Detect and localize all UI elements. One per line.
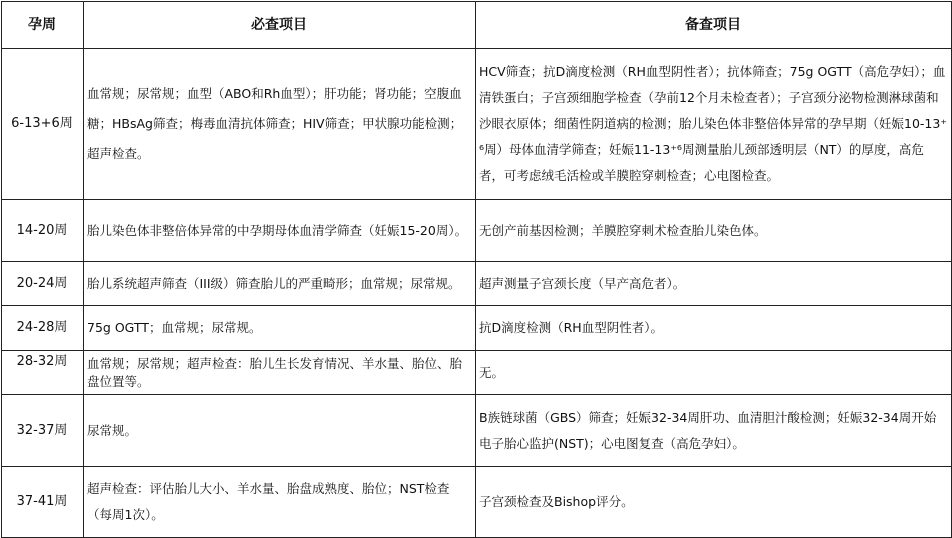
header-optional: 备查项目 [476,2,952,49]
optional-cell: B族链球菌（GBS）筛查；妊娠32-34周肝功、血清胆汁酸检测；妊娠32-34周… [476,395,952,467]
required-cell: 血常规；尿常规；血型（ABO和Rh血型）；肝功能；肾功能；空腹血糖；HBsAg筛… [84,49,476,200]
required-cell: 胎儿染色体非整倍体异常的中孕期母体血清学筛查（妊娠15-20周）。 [84,200,476,262]
table-row: 6-13+6周 血常规；尿常规；血型（ABO和Rh血型）；肝功能；肾功能；空腹血… [2,49,952,200]
optional-cell: 无。 [476,351,952,395]
table-row: 32-37周 尿常规。 B族链球菌（GBS）筛查；妊娠32-34周肝功、血清胆汁… [2,395,952,467]
header-required: 必查项目 [84,2,476,49]
optional-cell: 超声测量子宫颈长度（早产高危者）。 [476,262,952,306]
optional-cell: 抗D滴度检测（RH血型阴性者）。 [476,306,952,351]
required-cell: 血常规；尿常规；超声检查：胎儿生长发育情况、羊水量、胎位、胎盘位置等。 [84,351,476,395]
optional-cell: HCV筛查；抗D滴度检测（RH血型阴性者）；抗体筛查；75g OGTT（高危孕妇… [476,49,952,200]
optional-cell: 无创产前基因检测；羊膜腔穿刺术检查胎儿染色体。 [476,200,952,262]
week-cell: 28-32周 [2,351,84,395]
header-row: 孕周 必查项目 备查项目 [2,2,952,49]
table-row: 14-20周 胎儿染色体非整倍体异常的中孕期母体血清学筛查（妊娠15-20周）。… [2,200,952,262]
optional-cell: 子宫颈检查及Bishop评分。 [476,467,952,538]
table-row: 24-28周 75g OGTT；血常规；尿常规。 抗D滴度检测（RH血型阴性者）… [2,306,952,351]
table-row: 37-41周 超声检查：评估胎儿大小、羊水量、胎盘成熟度、胎位；NST检查（每周… [2,467,952,538]
week-cell: 20-24周 [2,262,84,306]
week-cell: 37-41周 [2,467,84,538]
prenatal-checkup-table: 孕周 必查项目 备查项目 6-13+6周 血常规；尿常规；血型（ABO和Rh血型… [1,1,952,538]
table-row: 20-24周 胎儿系统超声筛查（III级）筛查胎儿的严重畸形；血常规；尿常规。 … [2,262,952,306]
required-cell: 尿常规。 [84,395,476,467]
week-cell: 6-13+6周 [2,49,84,200]
table-row: 28-32周 血常规；尿常规；超声检查：胎儿生长发育情况、羊水量、胎位、胎盘位置… [2,351,952,395]
required-cell: 胎儿系统超声筛查（III级）筛查胎儿的严重畸形；血常规；尿常规。 [84,262,476,306]
week-cell: 14-20周 [2,200,84,262]
header-week: 孕周 [2,2,84,49]
week-cell: 32-37周 [2,395,84,467]
required-cell: 超声检查：评估胎儿大小、羊水量、胎盘成熟度、胎位；NST检查（每周1次）。 [84,467,476,538]
week-cell: 24-28周 [2,306,84,351]
required-cell: 75g OGTT；血常规；尿常规。 [84,306,476,351]
